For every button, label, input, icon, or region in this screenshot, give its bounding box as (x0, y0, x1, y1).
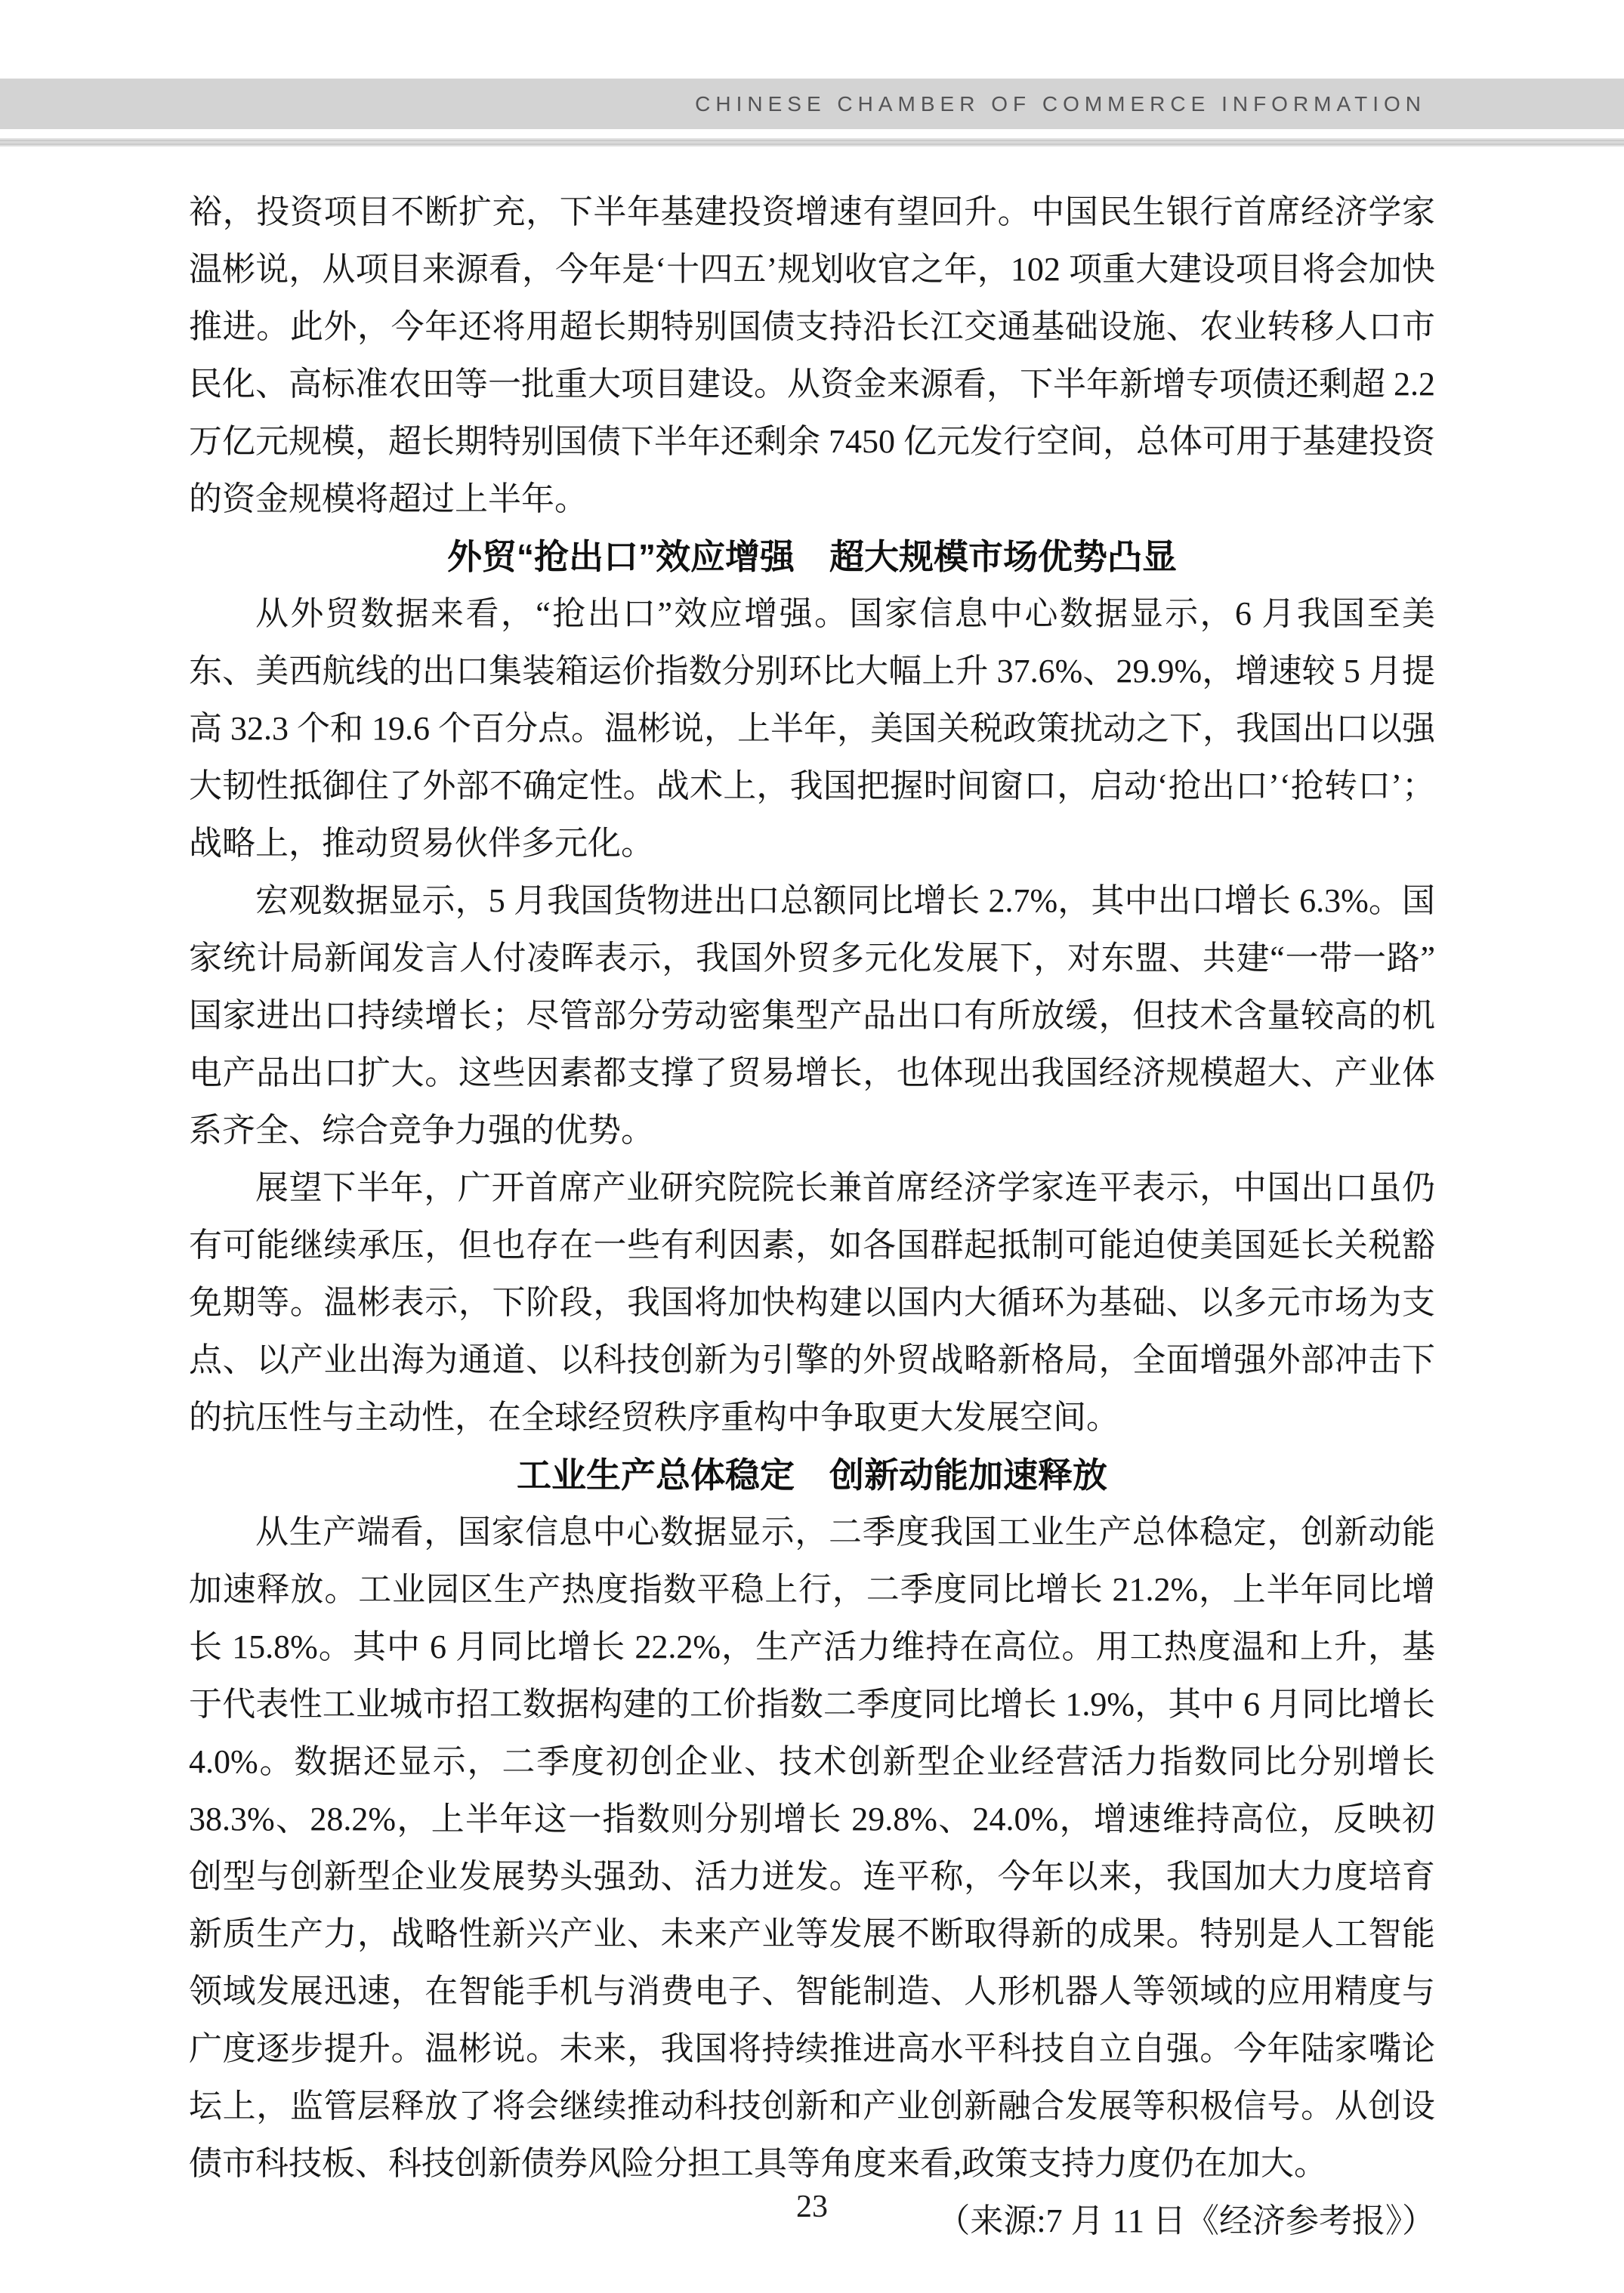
header-divider-rule (0, 138, 1624, 147)
page-number: 23 (0, 2189, 1624, 2225)
header-banner: CHINESE CHAMBER OF COMMERCE INFORMATION (0, 79, 1624, 129)
paragraph: 从生产端看，国家信息中心数据显示，二季度我国工业生产总体稳定，创新动能加速释放。… (189, 1504, 1435, 2193)
document-page: CHINESE CHAMBER OF COMMERCE INFORMATION … (0, 0, 1624, 2293)
paragraph: 宏观数据显示，5 月我国货物进出口总额同比增长 2.7%，其中出口增长 6.3%… (189, 872, 1435, 1159)
paragraph-text: 从生产端看，国家信息中心数据显示，二季度我国工业生产总体稳定，创新动能加速释放。… (189, 1514, 1435, 2182)
section-heading: 外贸“抢出口”效应增强 超大规模市场优势凸显 (189, 528, 1435, 585)
section-heading: 工业生产总体稳定 创新动能加速释放 (189, 1446, 1435, 1504)
article-body: 裕，投资项目不断扩充，下半年基建投资增速有望回升。中国民生银行首席经济学家温彬说… (189, 184, 1435, 2250)
paragraph: 裕，投资项目不断扩充，下半年基建投资增速有望回升。中国民生银行首席经济学家温彬说… (189, 184, 1435, 528)
header-banner-title: CHINESE CHAMBER OF COMMERCE INFORMATION (695, 92, 1426, 116)
paragraph: 从外贸数据来看，“抢出口”效应增强。国家信息中心数据显示，6 月我国至美东、美西… (189, 585, 1435, 872)
paragraph: 展望下半年，广开首席产业研究院院长兼首席经济学家连平表示，中国出口虽仍有可能继续… (189, 1159, 1435, 1446)
